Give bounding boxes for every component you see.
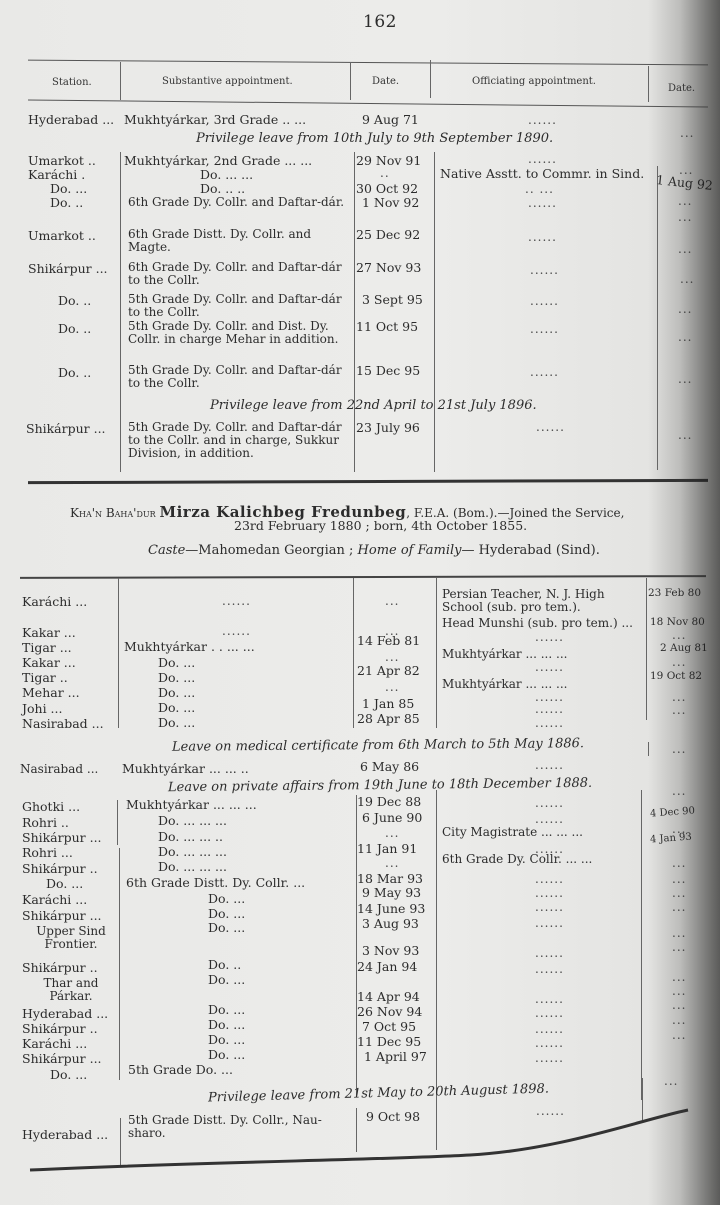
table-bottom-rule [0, 0, 720, 1205]
book-page: 162 Station. Substantive appointment. Da… [0, 0, 720, 1205]
